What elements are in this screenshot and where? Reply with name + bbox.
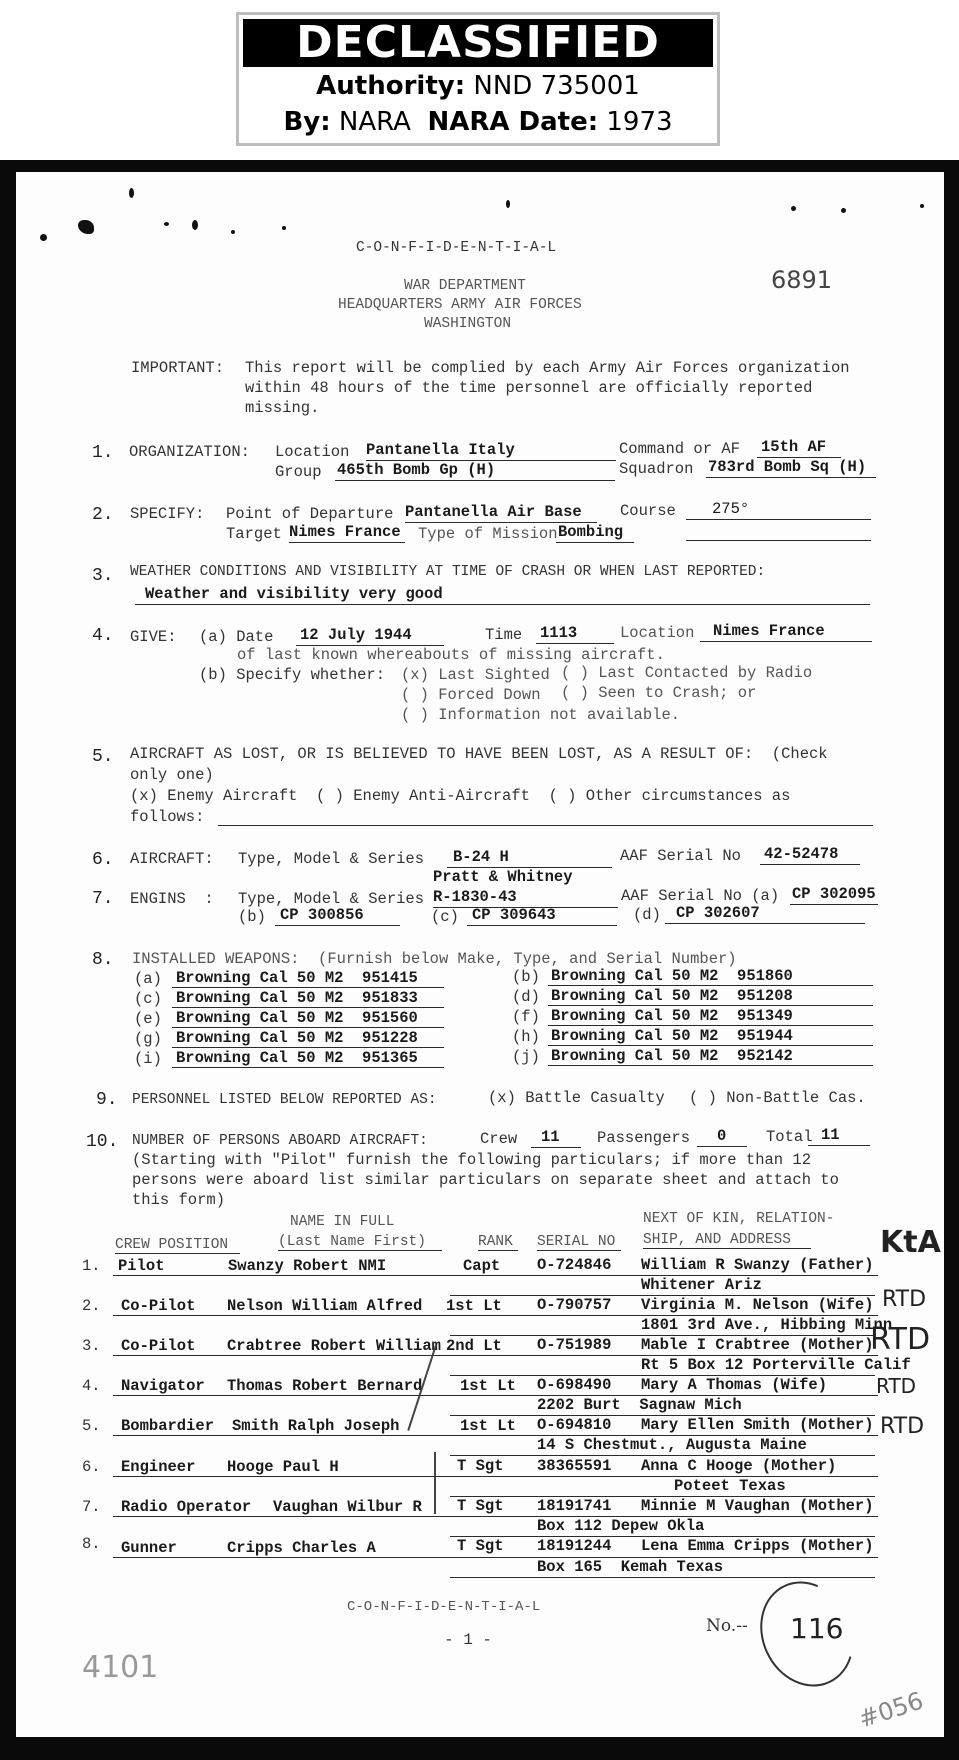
weapon-value: Browning Cal 50 M2 951208 bbox=[551, 987, 793, 1005]
engine-serial-d: CP 302607 bbox=[676, 904, 760, 922]
underline bbox=[172, 1027, 444, 1028]
underline bbox=[686, 519, 871, 520]
time-label: Time bbox=[485, 626, 522, 644]
underline bbox=[548, 1065, 873, 1066]
crew-name: Cripps Charles A bbox=[227, 1539, 376, 1557]
kin-address: 14 S Chestmut., Augusta Maine bbox=[537, 1436, 807, 1454]
aircraft-type-value: B-24 H bbox=[453, 848, 509, 866]
option-seen-crash[interactable]: ( ) Seen to Crash; or bbox=[561, 684, 756, 702]
speck bbox=[231, 230, 235, 234]
whereabouts-note: of last known whereabouts of missing air… bbox=[237, 646, 665, 664]
row-number: 5. bbox=[82, 1417, 101, 1435]
crew-position: Pilot bbox=[118, 1257, 165, 1275]
crew-position: Gunner bbox=[121, 1539, 177, 1557]
underline bbox=[172, 987, 444, 988]
speck bbox=[192, 220, 198, 230]
crew-serial: 18191244 bbox=[537, 1537, 611, 1555]
engine-maker: Pratt & Whitney bbox=[433, 868, 573, 886]
header-name-top: NAME IN FULL bbox=[290, 1213, 394, 1231]
important-line-2: within 48 hours of the time personnel ar… bbox=[245, 379, 812, 397]
next-of-kin: Mary Ellen Smith (Mother) bbox=[641, 1416, 874, 1434]
specify-whether-label: (b) Specify whether: bbox=[199, 666, 385, 684]
header-rank: RANK bbox=[478, 1233, 513, 1251]
section-6-number: 6. bbox=[92, 850, 114, 870]
crew-rank: Capt bbox=[463, 1257, 500, 1275]
underline bbox=[760, 864, 860, 865]
date-value: 12 July 1944 bbox=[300, 626, 412, 644]
command-label: Command or AF bbox=[619, 440, 740, 458]
section-2-number: 2. bbox=[92, 505, 114, 525]
speck bbox=[40, 234, 47, 241]
status-annotation: RTD bbox=[880, 1414, 924, 1439]
underline bbox=[113, 1557, 878, 1558]
crew-serial: O-724846 bbox=[537, 1256, 611, 1274]
kin-address: Whitener Ariz bbox=[641, 1276, 762, 1294]
underline bbox=[556, 542, 634, 543]
squadron-label: Squadron bbox=[619, 460, 693, 478]
next-of-kin: Lena Emma Cripps (Mother) bbox=[641, 1537, 874, 1555]
underline bbox=[686, 540, 871, 541]
speck bbox=[78, 220, 94, 234]
row-number: 4. bbox=[82, 1377, 101, 1395]
header-name: (Last Name First) bbox=[278, 1233, 426, 1251]
speck bbox=[164, 222, 169, 226]
speck bbox=[506, 200, 510, 208]
underline bbox=[665, 923, 865, 924]
underline bbox=[450, 1455, 875, 1456]
kin-address: 1801 3rd Ave., Hibbing Minn bbox=[641, 1316, 892, 1334]
underline bbox=[478, 1250, 518, 1251]
persons-note-1: (Starting with "Pilot" furnish the follo… bbox=[132, 1151, 811, 1169]
weapon-key: (e) bbox=[134, 1010, 162, 1028]
persons-aboard-label: NUMBER OF PERSONS ABOARD AIRCRAFT: bbox=[132, 1132, 428, 1150]
give-label: GIVE: bbox=[130, 628, 177, 646]
kin-address: Box 112 Depew Okla bbox=[537, 1517, 704, 1535]
weapon-value: Browning Cal 50 M2 951860 bbox=[551, 967, 793, 985]
persons-note-2: persons were aboard list similar particu… bbox=[132, 1171, 839, 1189]
crew-serial: O-751989 bbox=[537, 1336, 611, 1354]
underline bbox=[706, 477, 876, 478]
weapon-key: (b) bbox=[512, 968, 540, 986]
crew-rank: T Sgt bbox=[457, 1537, 504, 1555]
next-of-kin: Mable I Crabtree (Mother) bbox=[641, 1336, 874, 1354]
weapon-value: Browning Cal 50 M2 951560 bbox=[176, 1009, 418, 1027]
row-number: 2. bbox=[82, 1297, 101, 1315]
weapon-value: Browning Cal 50 M2 951365 bbox=[176, 1049, 418, 1067]
kin-address: Poteet Texas bbox=[674, 1477, 786, 1495]
underline bbox=[275, 925, 400, 926]
section-10-number: 10. bbox=[86, 1132, 118, 1152]
underline bbox=[172, 1007, 444, 1008]
crew-position: Navigator bbox=[121, 1377, 205, 1395]
section-1-number: 1. bbox=[92, 443, 114, 463]
option-no-info[interactable]: ( ) Information not available. bbox=[401, 706, 680, 724]
crew-serial: O-694810 bbox=[537, 1416, 611, 1434]
total-label: Total bbox=[766, 1128, 813, 1146]
weapon-key: (i) bbox=[134, 1050, 162, 1068]
specify-label: SPECIFY: bbox=[130, 505, 204, 523]
header-kin-top: NEXT OF KIN, RELATION- bbox=[643, 1210, 834, 1228]
weapon-value: Browning Cal 50 M2 951228 bbox=[176, 1029, 418, 1047]
underline bbox=[113, 1516, 878, 1517]
underline bbox=[278, 1250, 442, 1251]
section-9-number: 9. bbox=[96, 1090, 118, 1110]
classification-bottom: C-O-N-F-I-D-E-N-T-I-A-L bbox=[347, 1598, 540, 1616]
header-crew-position: CREW POSITION bbox=[115, 1236, 228, 1254]
underline bbox=[135, 604, 870, 605]
aircraft-label: AIRCRAFT: bbox=[130, 850, 214, 868]
departure-label: Point of Departure bbox=[226, 505, 393, 523]
engine-serial-a: CP 302095 bbox=[792, 885, 876, 903]
status-annotation: RTD bbox=[870, 1322, 930, 1357]
crew-rank: 1st Lt bbox=[460, 1377, 516, 1395]
crew-label: Crew bbox=[480, 1130, 517, 1148]
handwritten-note-left: 4101 bbox=[82, 1650, 158, 1685]
weapon-value: Browning Cal 50 M2 951833 bbox=[176, 989, 418, 1007]
underline bbox=[700, 641, 872, 642]
underline bbox=[643, 1248, 811, 1249]
speck bbox=[282, 226, 286, 230]
speck bbox=[791, 206, 796, 211]
underline bbox=[450, 1577, 875, 1578]
underline bbox=[113, 1275, 878, 1276]
course-label: Course bbox=[620, 502, 676, 520]
option-forced-down[interactable]: ( ) Forced Down bbox=[401, 686, 541, 704]
next-of-kin: Anna C Hooge (Mother) bbox=[641, 1457, 836, 1475]
stamp-title: DECLASSIFIED bbox=[243, 19, 713, 67]
underline bbox=[537, 1250, 621, 1251]
departure-value: Pantanella Air Base bbox=[405, 503, 582, 521]
command-value: 15th AF bbox=[761, 438, 826, 456]
underline bbox=[467, 925, 617, 926]
important-line-3: missing. bbox=[245, 399, 319, 417]
date-label: (a) Date bbox=[199, 628, 273, 646]
course-value: 275° bbox=[712, 500, 749, 518]
crew-position: Radio Operator bbox=[121, 1498, 251, 1516]
page-number: - 1 - bbox=[444, 1631, 492, 1649]
target-value: Nimes France bbox=[289, 523, 401, 541]
speck bbox=[920, 204, 924, 208]
crew-name: Smith Ralph Joseph bbox=[232, 1417, 399, 1435]
weather-value: Weather and visibility very good bbox=[145, 585, 443, 603]
engine-b-label: (b) bbox=[238, 908, 266, 926]
battle-casualty-option[interactable]: (x) Battle Casualty bbox=[488, 1089, 665, 1107]
crew-serial: O-790757 bbox=[537, 1296, 611, 1314]
declassified-stamp: DECLASSIFIED Authority: NND 735001 By: N… bbox=[236, 12, 720, 146]
crew-count: 11 bbox=[541, 1128, 560, 1146]
number-label: No.-- bbox=[706, 1617, 748, 1635]
engine-type-value: R-1830-43 bbox=[433, 888, 517, 906]
crew-position: Co-Pilot bbox=[121, 1337, 195, 1355]
total-count: 11 bbox=[821, 1126, 840, 1144]
underline bbox=[697, 1146, 747, 1147]
row-number: 6. bbox=[82, 1458, 101, 1476]
option-last-sighted[interactable]: (x) Last Sighted bbox=[401, 666, 550, 684]
section-7-number: 7. bbox=[92, 889, 114, 909]
kin-address: Box 165 Kemah Texas bbox=[537, 1558, 723, 1576]
next-of-kin: Mary A Thomas (Wife) bbox=[641, 1376, 827, 1394]
next-of-kin: William R Swanzy (Father) bbox=[641, 1256, 874, 1274]
squadron-value: 783rd Bomb Sq (H) bbox=[708, 458, 866, 476]
row-number: 8. bbox=[82, 1535, 101, 1553]
crew-serial: 38365591 bbox=[537, 1457, 611, 1475]
section-4-number: 4. bbox=[92, 626, 114, 646]
loss-cause-label: AIRCRAFT AS LOST, OR IS BELIEVED TO HAVE… bbox=[130, 745, 828, 763]
location-label: Location bbox=[275, 443, 349, 461]
crew-name: Vaughan Wilbur R bbox=[273, 1498, 422, 1516]
crew-name: Crabtree Robert William bbox=[227, 1337, 441, 1355]
underline bbox=[531, 1147, 581, 1148]
crew-name: Thomas Robert Bernard bbox=[227, 1377, 422, 1395]
crew-rank: 1st Lt bbox=[460, 1417, 516, 1435]
aircraft-serial-label: AAF Serial No bbox=[620, 847, 741, 865]
section-3-number: 3. bbox=[92, 566, 114, 586]
weapon-key: (c) bbox=[134, 990, 162, 1008]
header-serial: SERIAL NO bbox=[537, 1233, 615, 1251]
speck bbox=[841, 208, 846, 213]
section-5-number: 5. bbox=[92, 747, 114, 767]
underline bbox=[113, 1395, 878, 1396]
follows-label: follows: bbox=[130, 808, 204, 826]
crew-name: Hooge Paul H bbox=[227, 1458, 339, 1476]
group-value: 465th Bomb Gp (H) bbox=[337, 461, 495, 479]
bracket-line bbox=[434, 1452, 436, 1514]
status-annotation: RTD bbox=[876, 1374, 916, 1398]
stamp-authority: Authority: NND 735001 bbox=[239, 71, 717, 101]
engines-label: ENGINS : bbox=[130, 890, 214, 908]
crew-name: Nelson William Alfred bbox=[227, 1297, 422, 1315]
target-label: Target bbox=[226, 525, 282, 543]
passengers-label: Passengers bbox=[597, 1129, 690, 1147]
underline bbox=[548, 1025, 873, 1026]
non-battle-option[interactable]: ( ) Non-Battle Cas. bbox=[689, 1089, 866, 1107]
dept-line-1: WAR DEPARTMENT bbox=[404, 277, 526, 295]
crew-rank: T Sgt bbox=[457, 1457, 504, 1475]
weapon-key: (a) bbox=[134, 970, 162, 988]
crew-name: Swanzy Robert NMI bbox=[228, 1257, 386, 1275]
mission-type-label: Type of Mission bbox=[418, 525, 558, 543]
option-last-contacted[interactable]: ( ) Last Contacted by Radio bbox=[561, 664, 812, 682]
underline bbox=[548, 985, 873, 986]
underline bbox=[536, 643, 614, 644]
location-value-4: Nimes France bbox=[713, 622, 825, 640]
weather-label: WEATHER CONDITIONS AND VISIBILITY AT TIM… bbox=[130, 563, 765, 581]
weapon-value: Browning Cal 50 M2 951944 bbox=[551, 1027, 793, 1045]
loss-cause-options[interactable]: (x) Enemy Aircraft ( ) Enemy Anti-Aircra… bbox=[130, 787, 790, 805]
weapon-key: (g) bbox=[134, 1030, 162, 1048]
weapon-value: Browning Cal 50 M2 952142 bbox=[551, 1047, 793, 1065]
mission-type-value: Bombing bbox=[558, 523, 623, 541]
important-label: IMPORTANT: bbox=[131, 359, 224, 377]
underline bbox=[790, 904, 878, 905]
report-number: 6891 bbox=[771, 271, 832, 289]
underline bbox=[289, 542, 405, 543]
circled-number: 116 bbox=[790, 1612, 843, 1645]
underline bbox=[172, 1047, 444, 1048]
crew-rank: 2nd Lt bbox=[446, 1337, 502, 1355]
crew-rank: T Sgt bbox=[457, 1497, 504, 1515]
weapon-value: Browning Cal 50 M2 951415 bbox=[176, 969, 418, 987]
persons-note-3: this form) bbox=[132, 1191, 225, 1209]
weapon-key: (d) bbox=[512, 988, 540, 1006]
crew-position: Bombardier bbox=[121, 1417, 214, 1435]
next-of-kin: Minnie M Vaughan (Mother) bbox=[641, 1497, 874, 1515]
dept-line-3: WASHINGTON bbox=[424, 315, 511, 333]
crew-position: Engineer bbox=[121, 1458, 195, 1476]
important-line-1: This report will be complied by each Arm… bbox=[245, 359, 850, 377]
header-kin: SHIP, AND ADDRESS bbox=[643, 1231, 791, 1249]
underline bbox=[172, 1067, 444, 1068]
kin-address: Rt 5 Box 12 Porterville Calif bbox=[641, 1356, 911, 1374]
weapon-value: Browning Cal 50 M2 951349 bbox=[551, 1007, 793, 1025]
speck bbox=[129, 188, 134, 198]
engine-serial-c: CP 309643 bbox=[472, 906, 556, 924]
weapon-key: (j) bbox=[512, 1048, 540, 1066]
crew-serial: 18191741 bbox=[537, 1497, 611, 1515]
underline bbox=[548, 1005, 873, 1006]
document-viewer: DECLASSIFIED Authority: NND 735001 By: N… bbox=[0, 0, 959, 1760]
passengers-count: 0 bbox=[717, 1127, 726, 1145]
underline bbox=[335, 480, 615, 481]
location-label-4: Location bbox=[620, 624, 694, 642]
location-value: Pantanella Italy bbox=[366, 441, 515, 459]
kin-address: 2202 Burt Sagnaw Mich bbox=[537, 1396, 742, 1414]
aircraft-type-label: Type, Model & Series bbox=[238, 850, 424, 868]
weapons-label: INSTALLED WEAPONS: (Furnish below Make, … bbox=[132, 950, 737, 968]
status-annotation: KtA bbox=[880, 1225, 941, 1260]
weapon-key: (f) bbox=[512, 1008, 540, 1026]
crew-position: Co-Pilot bbox=[121, 1297, 195, 1315]
personnel-reported-label: PERSONNEL LISTED BELOW REPORTED AS: bbox=[132, 1091, 437, 1109]
section-8-number: 8. bbox=[92, 950, 114, 970]
underline bbox=[548, 1045, 873, 1046]
loss-cause-note: only one) bbox=[130, 766, 214, 784]
underline bbox=[218, 825, 873, 826]
aircraft-serial-value: 42-52478 bbox=[764, 845, 838, 863]
organization-label: ORGANIZATION: bbox=[129, 443, 250, 461]
crew-serial: O-698490 bbox=[537, 1376, 611, 1394]
engine-serial-b: CP 300856 bbox=[280, 906, 364, 924]
row-number: 3. bbox=[82, 1337, 101, 1355]
next-of-kin: Virginia M. Nelson (Wife) bbox=[641, 1296, 874, 1314]
time-value: 1113 bbox=[540, 624, 577, 642]
underline bbox=[115, 1253, 240, 1254]
classification-top: C-O-N-F-I-D-E-N-T-I-A-L bbox=[356, 239, 556, 257]
engine-serial-label: AAF Serial No (a) bbox=[621, 887, 779, 905]
group-label: Group bbox=[275, 463, 322, 481]
engine-d-label: (d) bbox=[633, 906, 661, 924]
row-number: 1. bbox=[82, 1257, 101, 1275]
stamp-by: By: NARA NARA Date: 1973 bbox=[239, 107, 717, 137]
underline bbox=[808, 1145, 870, 1146]
dept-line-2: HEADQUARTERS ARMY AIR FORCES bbox=[338, 296, 582, 314]
status-annotation: RTD bbox=[882, 1287, 926, 1312]
crew-rank: 1st Lt bbox=[446, 1297, 502, 1315]
weapon-key: (h) bbox=[512, 1028, 540, 1046]
engine-c-label: (c) bbox=[431, 908, 459, 926]
row-number: 7. bbox=[82, 1498, 101, 1516]
